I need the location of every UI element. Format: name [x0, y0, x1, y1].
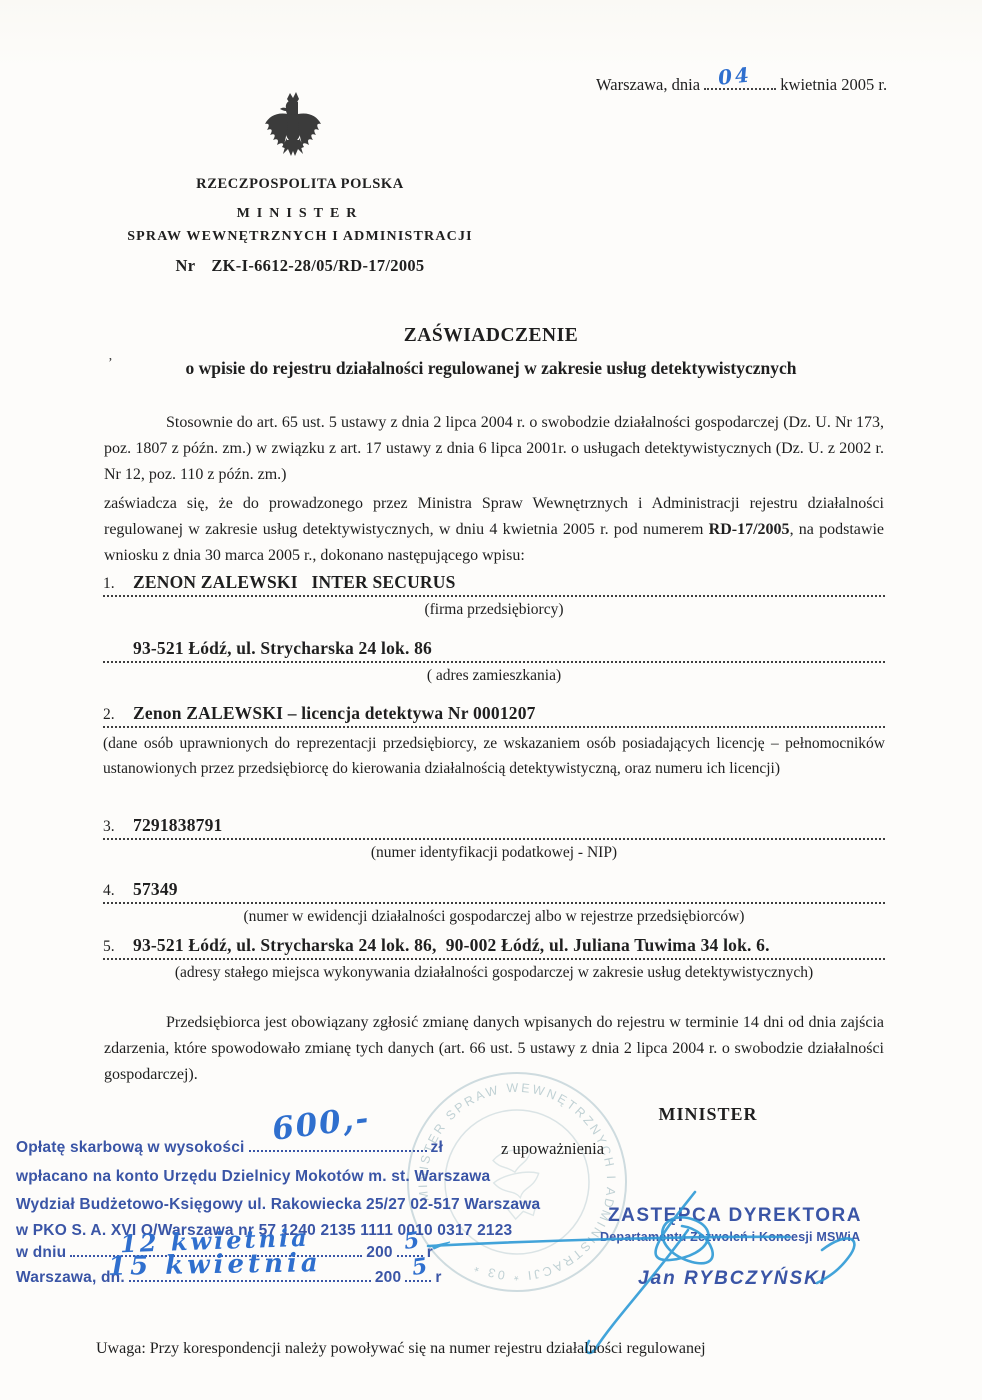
entry-value: Zenon ZALEWSKI – licencja detektywa Nr 0…	[133, 703, 536, 724]
entry-value-line: 2. Zenon ZALEWSKI – licencja detektywa N…	[103, 703, 885, 728]
authorization-note: z upoważnienia	[501, 1139, 604, 1159]
minister-signature-heading: MINISTER	[623, 1104, 793, 1125]
case-number-label: Nr	[176, 256, 196, 275]
case-number-line: NrZK-I-6612-28/05/RD-17/2005	[95, 256, 505, 276]
ministry-name: SPRAW WEWNĘTRZNYCH I ADMINISTRACJI	[95, 229, 505, 245]
entry-number: 1.	[103, 575, 117, 593]
register-entry-1: 1. ZENON ZALEWSKI INTER SECURUS (firma p…	[103, 572, 885, 619]
entry-value-line: 93-521 Łódź, ul. Strycharska 24 lok. 86	[103, 638, 885, 663]
entry-caption: (numer w ewidencji działalności gospodar…	[103, 908, 885, 926]
polish-eagle-emblem-icon	[260, 90, 326, 170]
date-dotted-blank: 04	[704, 74, 776, 90]
entry-value-line: 5. 93-521 Łódź, ul. Strycharska 24 lok. …	[103, 935, 885, 960]
register-entry-2: 2. Zenon ZALEWSKI – licencja detektywa N…	[103, 703, 885, 781]
entry-number: 4.	[103, 882, 117, 900]
register-number: RD-17/2005	[709, 521, 790, 538]
fee-amount-label: Opłatę skarbową w wysokości	[16, 1139, 245, 1156]
payment-date-label: w dniu	[16, 1244, 66, 1261]
register-entry-4: 4. 57349 (numer w ewidencji działalności…	[103, 879, 885, 926]
entry-caption: (numer identyfikacji podatkowej - NIP)	[103, 844, 885, 862]
letterhead: RZECZPOSPOLITA POLSKA MINISTER SPRAW WEW…	[95, 176, 505, 276]
entry-value: 57349	[133, 879, 178, 900]
fee-stamp-line-amount: Opłatę skarbową w wysokościzł	[16, 1138, 443, 1157]
entry-value: 93-521 Łódź, ul. Strycharska 24 lok. 86,…	[133, 935, 770, 956]
entry-value: 93-521 Łódź, ul. Strycharska 24 lok. 86	[133, 638, 432, 659]
entry-number: 2.	[103, 706, 117, 724]
fee-currency: zł	[431, 1139, 443, 1156]
date-prefix: Warszawa, dnia	[596, 75, 700, 94]
entry-caption: (dane osób uprawnionych do reprezentacji…	[103, 731, 885, 781]
handwritten-day: 04	[717, 62, 753, 89]
entry-value: ZENON ZALEWSKI INTER SECURUS	[133, 572, 456, 593]
date-line: Warszawa, dnia 04 kwietnia 2005 r.	[596, 74, 887, 95]
certification-paragraph: zaświadcza się, że do prowadzonego przez…	[104, 491, 884, 569]
entry-value-line: 4. 57349	[103, 879, 885, 904]
republic-name: RZECZPOSPOLITA POLSKA	[95, 176, 505, 193]
minister-title: MINISTER	[95, 206, 505, 222]
entry-value: 7291838791	[133, 815, 223, 836]
document-title: ZAŚWIADCZENIE	[0, 325, 982, 347]
entry-caption: (adresy stałego miejsca wykonywania dzia…	[103, 964, 885, 982]
entry-caption: ( adres zamieszkania)	[103, 667, 885, 685]
entry-value-line: 1. ZENON ZALEWSKI INTER SECURUS	[103, 572, 885, 597]
register-entry-3: 3. 7291838791 (numer identyfikacji podat…	[103, 815, 885, 862]
case-number: ZK-I-6612-28/05/RD-17/2005	[211, 256, 424, 275]
footer-correspondence-note: Uwaga: Przy korespondencji należy powoły…	[96, 1340, 836, 1358]
document-subtitle: o wpisie do rejestru działalności regulo…	[0, 358, 982, 379]
register-entry-1-address: 93-521 Łódź, ul. Strycharska 24 lok. 86 …	[103, 638, 885, 685]
entry-number: 3.	[103, 818, 117, 836]
entry-caption: (firma przedsiębiorcy)	[103, 601, 885, 619]
certificate-document: Warszawa, dnia 04 kwietnia 2005 r. RZECZ…	[0, 0, 982, 1400]
handwritten-issue-date: 15 kwietnia	[108, 1248, 322, 1282]
legal-basis-paragraph: Stosownie do art. 65 ust. 5 ustawy z dni…	[104, 410, 884, 488]
entry-number: 5.	[103, 938, 117, 956]
register-entry-5: 5. 93-521 Łódź, ul. Strycharska 24 lok. …	[103, 935, 885, 982]
date-suffix: kwietnia 2005 r.	[780, 75, 887, 94]
entry-value-line: 3. 7291838791	[103, 815, 885, 840]
